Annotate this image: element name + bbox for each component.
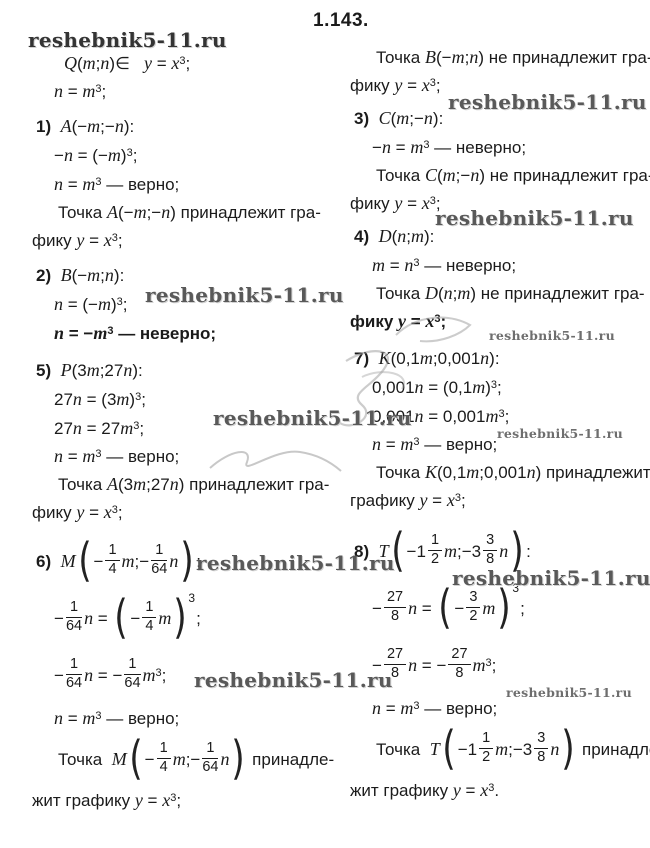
solution-line: n = −m3 — неверно;	[30, 321, 338, 346]
solution-line: Точка K(0,1m;0,001n) принадлежит	[348, 460, 648, 485]
watermark: reshebnik5-11.ru	[145, 283, 344, 307]
watermark: reshebnik5-11.ru	[194, 668, 393, 692]
solution-line: фику y = x3;	[30, 500, 338, 525]
watermark: reshebnik5-11.ru	[196, 551, 395, 575]
watermark: reshebnik5-11.ru	[435, 206, 634, 230]
watermark: reshebnik5-11.ru	[452, 566, 650, 590]
solution-line: Точка T(−112m;−338n) принадле-	[348, 725, 648, 774]
watermark: reshebnik5-11.ru	[213, 406, 412, 430]
solution-line: m = n3 — неверно;	[348, 253, 648, 278]
solution-line: 5) P(3m;27n):	[30, 358, 338, 383]
solution-line: жит графику y = x3.	[348, 778, 648, 803]
solution-line: Точка D(n;m) не принадлежит гра-	[348, 281, 648, 306]
solution-line: графику y = x3;	[348, 488, 648, 513]
solution-line: −n = (−m)3;	[30, 143, 338, 168]
watermark: reshebnik5-11.ru	[497, 426, 623, 441]
solution-column-left: Q(m;n)∈ y = x3;n = m3;1) A(−m;−n):−n = (…	[30, 48, 338, 813]
watermark: reshebnik5-11.ru	[448, 90, 647, 114]
solution-line: 7) K(0,1m;0,001n):	[348, 346, 648, 371]
solution-line: n = m3 — верно;	[30, 172, 338, 197]
watermark: reshebnik5-11.ru	[28, 28, 227, 52]
solution-line: n = m3 — верно;	[30, 706, 338, 731]
solution-line: 0,001n = (0,1m)3;	[348, 375, 648, 400]
solution-line: Точка A(−m;−n) принадлежит гра-	[30, 200, 338, 225]
solution-line: фику y = x3;	[30, 228, 338, 253]
watermark: reshebnik5-11.ru	[506, 685, 632, 700]
solution-line: Q(m;n)∈ y = x3;	[30, 51, 338, 76]
watermark: reshebnik5-11.ru	[489, 328, 615, 343]
solution-line: Точка C(m;−n) не принадлежит гра-	[348, 163, 648, 188]
solution-line: Точка B(−m;n) не принадлежит гра-	[348, 45, 648, 70]
solution-line: 1) A(−m;−n):	[30, 114, 338, 139]
solution-line: n = m3 — верно;	[30, 444, 338, 469]
solution-line: n = m3;	[30, 79, 338, 104]
solution-line: −164n = (−14m)3;	[30, 594, 338, 643]
scanned-solution-page: 1.143. Q(m;n)∈ y = x3;n = m3;1) A(−m;−n)…	[0, 0, 650, 848]
solution-line: −278n = (−32m)3;	[348, 584, 648, 633]
problem-number: 1.143.	[313, 10, 369, 32]
solution-line: жит графику y = x3;	[30, 788, 338, 813]
solution-line: Точка A(3m;27n) принадлежит гра-	[30, 472, 338, 497]
solution-line: Точка M(−14m;−164n) принадле-	[30, 735, 338, 784]
solution-line: −n = m3 — неверно;	[348, 135, 648, 160]
solution-line: −278n = −278m3;	[348, 641, 648, 690]
